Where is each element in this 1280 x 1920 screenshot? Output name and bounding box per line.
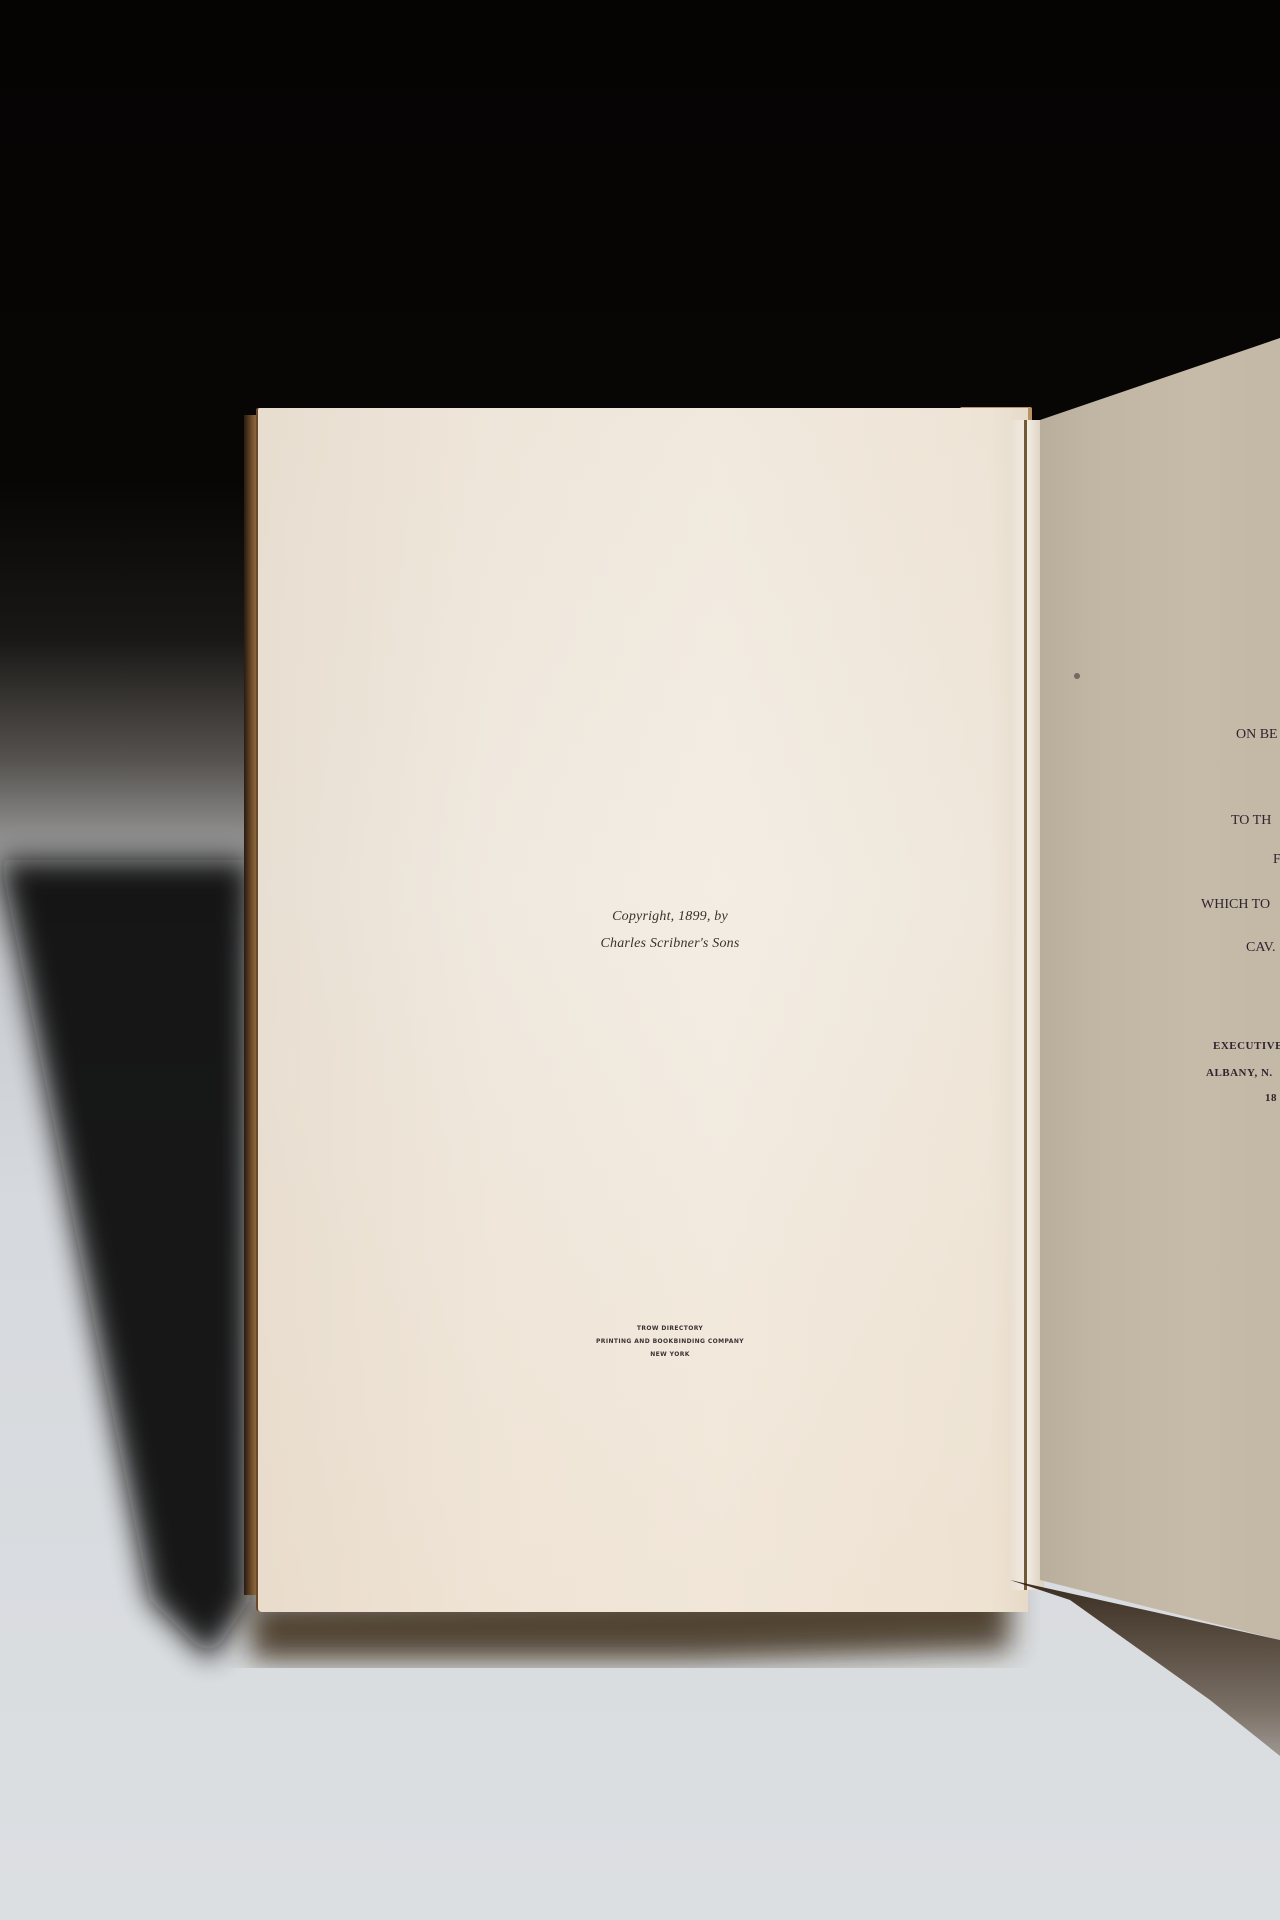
dedication-line: EXECUTIVE [1213, 1040, 1280, 1052]
copyright-line-1: Copyright, 1899, by [470, 909, 870, 925]
printer-line-1: TROW DIRECTORY [520, 1325, 820, 1332]
dedication-line: F [1273, 852, 1280, 868]
dedication-line: ALBANY, N. [1206, 1067, 1273, 1079]
dedication-line: CAV. [1246, 940, 1275, 956]
printer-line-2: PRINTING AND BOOKBINDING COMPANY [520, 1338, 820, 1345]
dedication-line: 18 [1265, 1092, 1277, 1104]
text-layer: Copyright, 1899, by Charles Scribner's S… [0, 0, 1280, 1920]
dedication-line: WHICH TO [1201, 897, 1270, 913]
printer-line-3: NEW YORK [520, 1351, 820, 1358]
copyright-line-2: Charles Scribner's Sons [470, 936, 870, 952]
dedication-line: TO TH [1231, 813, 1271, 829]
paper-speck [1074, 673, 1080, 679]
dedication-line: ON BE [1236, 727, 1278, 743]
